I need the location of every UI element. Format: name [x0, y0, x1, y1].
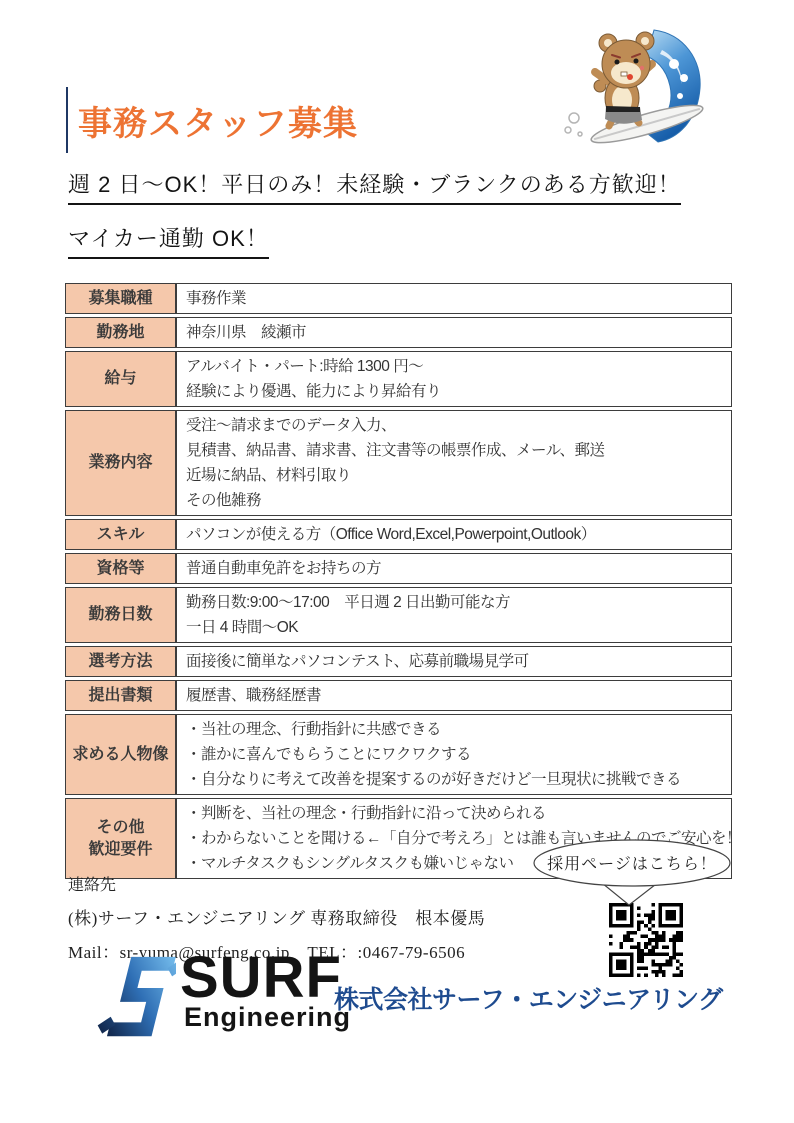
table-row-documents: 提出書類 履歴書、職務経歴書 — [65, 680, 732, 711]
contact-heading: 連絡先 — [68, 872, 485, 895]
flyer-page: 事務スタッフ募集 週 2 日～OK！平日のみ！未経験・ブランクのある方歓迎！ マ… — [0, 0, 794, 1123]
title-accent-bar — [66, 87, 68, 153]
row-header: 募集職種 — [65, 283, 176, 314]
bear-shape — [594, 32, 654, 126]
engineering-wordmark: Engineering — [184, 1002, 351, 1033]
table-row-skills: スキル パソコンが使える方（Office Word,Excel,Powerpoi… — [65, 519, 732, 550]
page-title: 事務スタッフ募集 — [78, 96, 358, 145]
contact-person: (株)サーフ・エンジニアリング 専務取締役 根本優馬 — [68, 904, 485, 929]
table-row-location: 勤務地 神奈川県 綾瀬市 — [65, 317, 732, 348]
row-header: 資格等 — [65, 553, 176, 584]
surfing-bear-mascot-icon — [562, 26, 712, 151]
surf-wordmark: SURF — [180, 944, 342, 1011]
callout-text: 採用ページはこちら！ — [532, 851, 732, 874]
table-row-duties: 業務内容 受注～請求までのデータ入力、 見積書、納品書、請求書、注文書等の帳票作… — [65, 410, 732, 516]
subtitle-line-2: マイカー通勤 OK！ — [68, 222, 269, 259]
table-row-working-days: 勤務日数 勤務日数:9:00～17:00 平日週 2 日出勤可能な方 一日 4 … — [65, 587, 732, 643]
row-value: 面接後に簡単なパソコンテスト、応募前職場見学可 — [176, 646, 732, 677]
table-row-ideal-person: 求める人物像 ・当社の理念、行動指針に共感できる ・誰かに喜んでもらうことにワク… — [65, 714, 732, 795]
row-header: その他 歓迎要件 — [65, 798, 176, 879]
row-value: ・当社の理念、行動指針に共感できる ・誰かに喜んでもらうことにワクワクする ・自… — [176, 714, 732, 795]
row-value: パソコンが使える方（Office Word,Excel,Powerpoint,O… — [176, 519, 732, 550]
row-header: 給与 — [65, 351, 176, 407]
job-table: 募集職種 事務作業 勤務地 神奈川県 綾瀬市 給与 アルバイト・パート:時給 1… — [65, 280, 732, 882]
table-row-salary: 給与 アルバイト・パート:時給 1300 円～ 経験により優遇、能力により昇給有… — [65, 351, 732, 407]
company-name: 株式会社サーフ・エンジニアリング — [334, 980, 723, 1016]
row-value: 事務作業 — [176, 283, 732, 314]
row-header: 業務内容 — [65, 410, 176, 516]
row-header: 求める人物像 — [65, 714, 176, 795]
recruit-page-callout: 採用ページはこちら！ — [532, 839, 737, 909]
row-header: 選考方法 — [65, 646, 176, 677]
row-value: 受注～請求までのデータ入力、 見積書、納品書、請求書、注文書等の帳票作成、メール… — [176, 410, 732, 516]
row-header: 提出書類 — [65, 680, 176, 711]
row-value: 普通自動車免許をお持ちの方 — [176, 553, 732, 584]
surf-s-logo-icon — [92, 954, 176, 1044]
qr-code-image — [606, 903, 686, 977]
table-row-selection: 選考方法 面接後に簡単なパソコンテスト、応募前職場見学可 — [65, 646, 732, 677]
subtitle-line-1: 週 2 日～OK！平日のみ！未経験・ブランクのある方歓迎！ — [68, 168, 681, 205]
table-row-qualifications: 資格等 普通自動車免許をお持ちの方 — [65, 553, 732, 584]
row-value: 神奈川県 綾瀬市 — [176, 317, 732, 348]
row-header: 勤務日数 — [65, 587, 176, 643]
row-value: 勤務日数:9:00～17:00 平日週 2 日出勤可能な方 一日 4 時間～OK — [176, 587, 732, 643]
row-value: アルバイト・パート:時給 1300 円～ 経験により優遇、能力により昇給有り — [176, 351, 732, 407]
row-value: 履歴書、職務経歴書 — [176, 680, 732, 711]
table-row-job-type: 募集職種 事務作業 — [65, 283, 732, 314]
row-header: 勤務地 — [65, 317, 176, 348]
row-header: スキル — [65, 519, 176, 550]
bubbles-shape — [565, 113, 582, 136]
